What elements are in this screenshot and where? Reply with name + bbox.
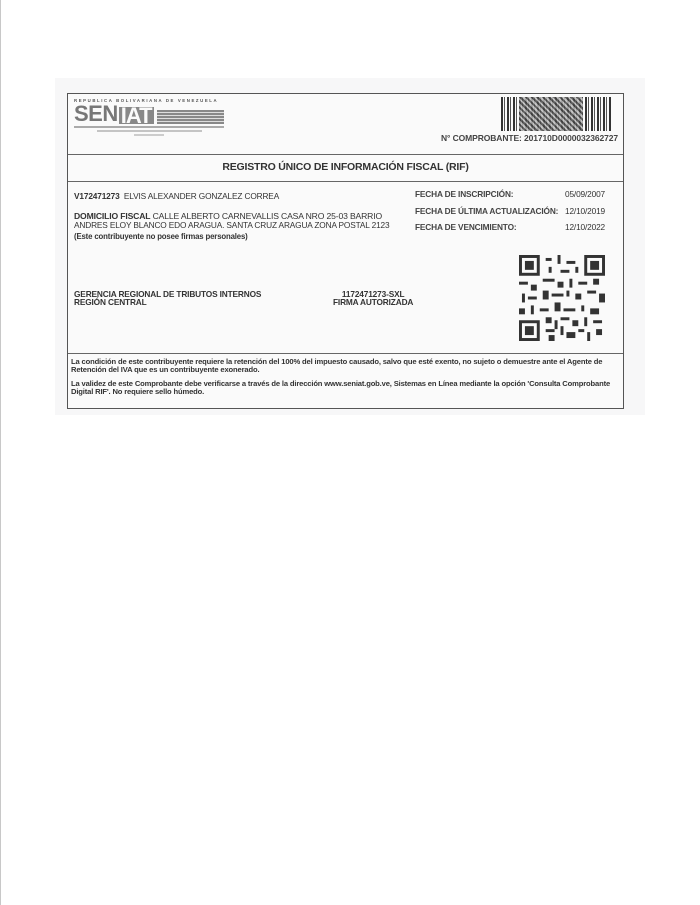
date-value-vencimiento: 12/10/2022 bbox=[565, 222, 605, 232]
certificate-body: V172471273 ELVIS ALEXANDER GONZALEZ CORR… bbox=[68, 181, 623, 354]
logo-text-right: IAT bbox=[119, 107, 154, 124]
taxpayer-name: ELVIS ALEXANDER GONZALEZ CORREA bbox=[124, 191, 279, 201]
certificate-notes: La condición de este contribuyente requi… bbox=[68, 353, 623, 409]
date-value-actualizacion: 12/10/2019 bbox=[565, 206, 605, 216]
qr-code-icon bbox=[514, 255, 610, 341]
logo-fine-print bbox=[134, 134, 164, 136]
barcode-2d-icon bbox=[501, 97, 611, 131]
comprobante-label: N° COMPROBANTE: bbox=[441, 133, 522, 143]
certificate-title-row: REGISTRO ÚNICO DE INFORMACIÓN FISCAL (RI… bbox=[68, 154, 623, 182]
rif-number: V172471273 bbox=[74, 191, 120, 201]
firmas-note: (Este contribuyente no posee firmas pers… bbox=[74, 232, 248, 241]
date-label-vencimiento: FECHA DE VENCIMIENTO: bbox=[415, 222, 517, 232]
validity-note: La validez de este Comprobante debe veri… bbox=[71, 380, 621, 397]
page-edge bbox=[0, 0, 1, 905]
seniat-logo: REPUBLICA BOLIVARIANA DE VENEZUELA SEN I… bbox=[74, 98, 224, 132]
gerencia-block: GERENCIA REGIONAL DE TRIBUTOS INTERNOS R… bbox=[74, 290, 261, 306]
certificate-header: REPUBLICA BOLIVARIANA DE VENEZUELA SEN I… bbox=[68, 94, 623, 155]
logo-text-left: SEN bbox=[74, 104, 118, 124]
date-value-inscripcion: 05/09/2007 bbox=[565, 189, 605, 199]
logo-stripes bbox=[157, 110, 224, 124]
logo-mark: SEN IAT bbox=[74, 104, 224, 124]
date-label-actualizacion: FECHA DE ÚLTIMA ACTUALIZACIÓN: bbox=[415, 206, 558, 216]
certificate-title: REGISTRO ÚNICO DE INFORMACIÓN FISCAL (RI… bbox=[222, 161, 468, 173]
rif-certificate: REPUBLICA BOLIVARIANA DE VENEZUELA SEN I… bbox=[67, 93, 624, 409]
gerencia-line-2: REGIÓN CENTRAL bbox=[74, 298, 261, 306]
firma-block: 1172471273-SXL FIRMA AUTORIZADA bbox=[333, 290, 413, 306]
comprobante-value: 201710D0000032362727 bbox=[524, 133, 618, 143]
logo-fine-print bbox=[97, 130, 202, 132]
domicilio-address-2: ANDRES ELOY BLANCO EDO ARAGUA. SANTA CRU… bbox=[74, 220, 389, 230]
taxpayer-line: V172471273 ELVIS ALEXANDER GONZALEZ CORR… bbox=[74, 191, 279, 201]
firma-label: FIRMA AUTORIZADA bbox=[333, 298, 413, 306]
date-label-inscripcion: FECHA DE INSCRIPCIÓN: bbox=[415, 189, 513, 199]
comprobante-number: N° COMPROBANTE: 201710D0000032362727 bbox=[441, 133, 618, 143]
retention-note: La condición de este contribuyente requi… bbox=[71, 358, 621, 375]
